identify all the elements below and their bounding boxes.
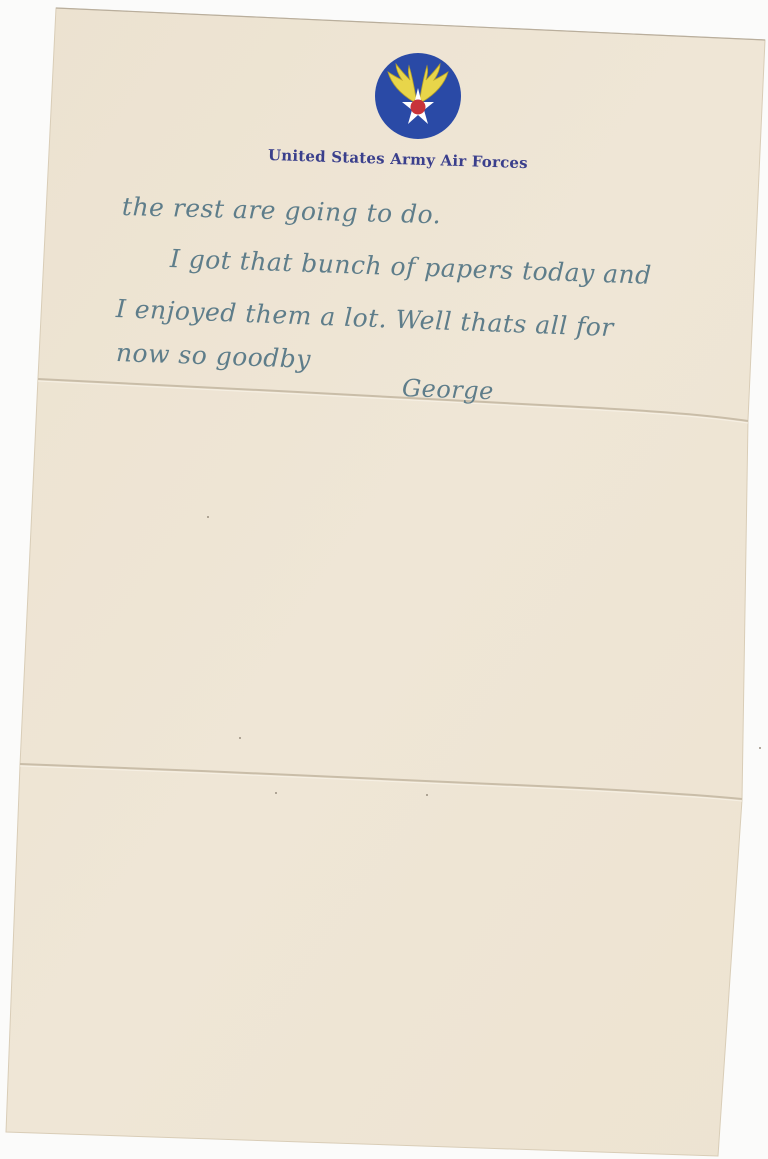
letter-paper	[0, 0, 768, 1159]
signature: George	[402, 374, 495, 405]
paper-sheet	[6, 8, 765, 1156]
army-air-forces-emblem-icon	[374, 52, 462, 140]
